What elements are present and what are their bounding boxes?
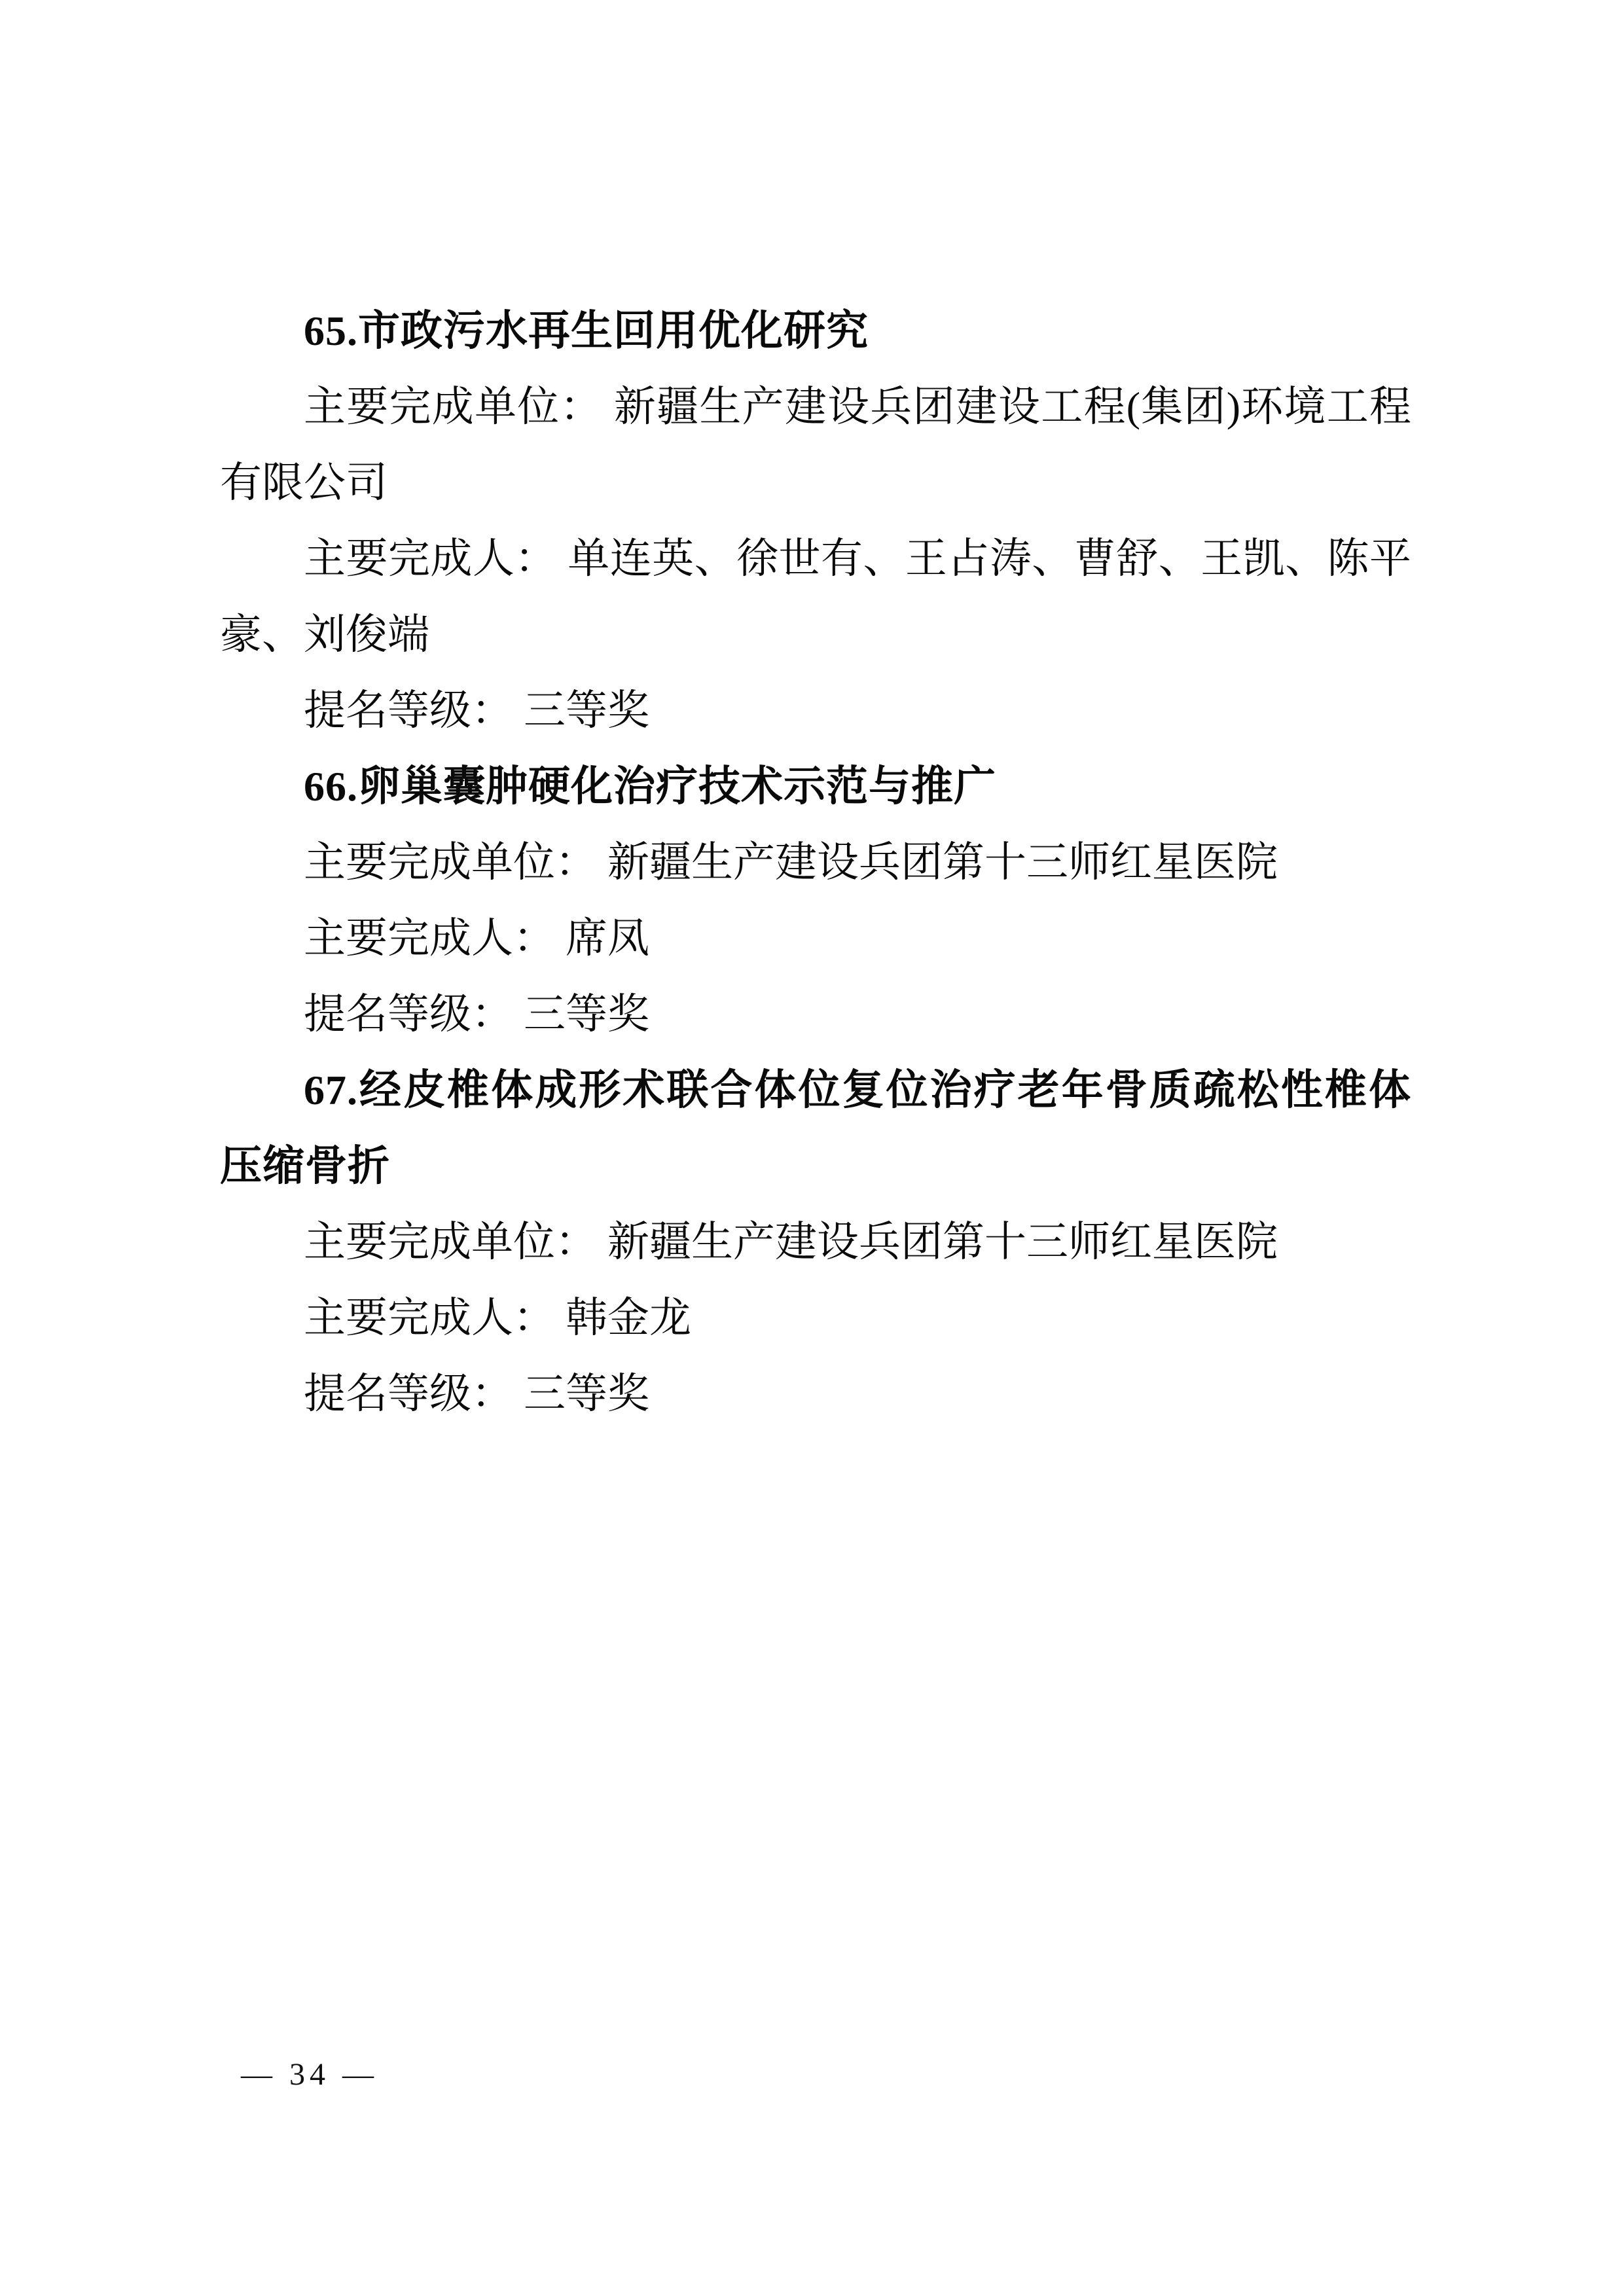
entry-67-people: 主要完成人： 韩金龙 [220, 1280, 1411, 1356]
entry-66-unit: 主要完成单位： 新疆生产建设兵团第十三师红星医院 [220, 825, 1411, 901]
entry-67-unit: 主要完成单位： 新疆生产建设兵团第十三师红星医院 [220, 1204, 1411, 1280]
entry-65-unit-line-1: 主要完成单位： 新疆生产建设兵团建设工程(集团)环境工程 [220, 369, 1411, 445]
entry-67-title-line-1: 67.经皮椎体成形术联合体位复位治疗老年骨质疏松性椎体 [220, 1052, 1411, 1128]
entry-65-title: 65.市政污水再生回用优化研究 [220, 293, 1411, 369]
entry-67-title-line-2: 压缩骨折 [220, 1128, 1411, 1204]
entry-66-title: 66.卵巢囊肿硬化治疗技术示范与推广 [220, 749, 1411, 825]
entry-67-grade: 提名等级： 三等奖 [220, 1356, 1411, 1432]
entry-66-people: 主要完成人： 席凤 [220, 901, 1411, 977]
entry-65-people-line-2: 豪、刘俊端 [220, 597, 1411, 673]
page-number: — 34 — [241, 2055, 378, 2094]
entry-65-unit-line-2: 有限公司 [220, 445, 1411, 521]
entry-65-people-line-1: 主要完成人： 单连英、徐世有、王占涛、曹舒、王凯、陈平 [220, 521, 1411, 597]
document-body: 65.市政污水再生回用优化研究 主要完成单位： 新疆生产建设兵团建设工程(集团)… [220, 293, 1411, 1432]
entry-66-grade: 提名等级： 三等奖 [220, 977, 1411, 1052]
entry-65-grade: 提名等级： 三等奖 [220, 673, 1411, 749]
document-page: 65.市政污水再生回用优化研究 主要完成单位： 新疆生产建设兵团建设工程(集团)… [0, 0, 1624, 2296]
